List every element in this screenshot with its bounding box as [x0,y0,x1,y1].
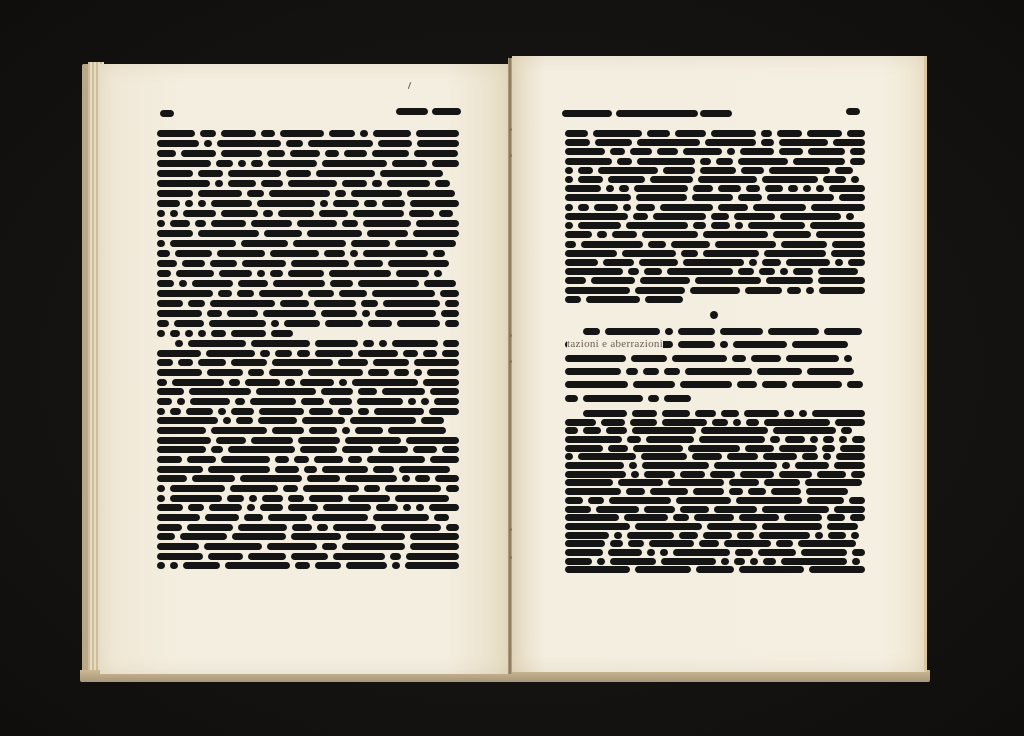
redaction-bar [170,220,190,227]
redaction-bar [738,158,788,165]
redacted-line [565,427,865,434]
redacted-line [157,369,459,376]
redaction-bar [646,436,694,443]
running-head-redaction [396,108,428,115]
redaction-bar [157,190,193,197]
redaction-bar [750,558,758,565]
redaction-bar [181,150,216,157]
redaction-bar [688,445,740,452]
redaction-bar [416,504,424,511]
redacted-line [565,540,865,547]
redaction-bar [635,566,691,573]
redaction-bar [435,180,450,187]
redaction-bar [628,268,639,275]
redaction-bar [808,148,845,155]
redaction-bar [565,277,586,284]
redaction-bar [647,549,655,556]
redaction-bar [780,213,841,220]
redaction-bar [183,562,220,569]
redaction-bar [257,270,265,277]
redaction-bar [301,398,324,405]
redaction-bar [333,524,376,531]
redaction-bar [269,369,303,376]
redaction-bar [272,359,333,366]
redaction-bar [795,462,829,469]
redaction-bar [198,330,206,337]
redaction-bar [423,350,437,357]
redaction-bar [565,445,603,452]
redaction-bar [414,369,422,376]
redacted-line [157,514,459,521]
redaction-bar [361,300,378,307]
redaction-bar [445,320,459,327]
redaction-bar [700,158,711,165]
redaction-bar [623,204,631,211]
redaction-bar [653,213,706,220]
redaction-bar [627,532,674,539]
redaction-bar [231,408,254,415]
redaction-bar [381,524,441,531]
redacted-line [565,139,865,146]
redaction-bar [565,427,578,434]
redaction-bar [629,462,637,469]
redaction-bar [395,495,449,502]
running-head-redaction [432,108,461,115]
redaction-bar [776,540,793,547]
redaction-bar [745,445,774,452]
redaction-bar [693,488,724,495]
redaction-bar [779,139,828,146]
redaction-bar [228,446,295,453]
redaction-bar [746,185,760,192]
redaction-bar [578,167,593,174]
redacted-line [565,566,865,573]
redaction-bar [751,355,781,362]
redaction-bar [663,167,695,174]
redaction-bar [187,524,233,531]
redaction-bar [170,210,178,217]
redaction-bar [342,446,373,453]
redaction-bar [565,488,621,495]
redaction-bar [211,220,246,227]
redaction-bar [260,504,283,511]
redaction-bar [852,436,865,443]
redaction-bar [198,200,206,207]
redaction-bar [850,158,865,165]
redaction-bar [321,388,353,395]
redaction-bar [268,160,317,167]
redaction-bar [314,456,343,463]
redacted-line [565,462,865,469]
redaction-bar [350,250,358,257]
redaction-bar [802,453,818,460]
redaction-bar [633,445,683,452]
redacted-line [565,514,865,521]
redaction-bar [238,280,268,287]
redaction-bar [711,222,730,229]
redaction-bar [762,523,822,530]
redacted-line [565,479,865,486]
redaction-bar [662,419,707,426]
redacted-line [565,445,865,452]
redaction-bar [799,410,807,417]
redaction-bar [565,471,626,478]
redaction-bar [628,540,644,547]
redaction-bar [321,310,357,317]
redaction-bar [157,437,211,444]
redaction-bar [586,296,640,303]
redaction-bar [757,368,802,375]
redaction-bar [711,130,756,137]
redaction-bar [309,495,343,502]
redaction-bar [373,514,429,521]
redaction-bar [410,543,459,550]
redaction-bar [810,436,818,443]
redaction-bar [807,368,854,375]
redaction-bar [733,341,787,348]
redaction-bar [770,436,780,443]
redaction-bar [565,436,622,443]
redaction-bar [231,330,266,337]
redaction-bar [271,320,279,327]
page-number-redaction [160,110,174,117]
redaction-bar [839,194,865,201]
redaction-bar [387,180,430,187]
redaction-bar [699,540,719,547]
redaction-bar [801,549,847,556]
redacted-line [565,287,865,294]
redaction-bar [735,549,753,556]
redaction-bar [779,471,812,478]
redaction-bar [811,204,865,211]
redacted-line [565,549,865,556]
redaction-bar [631,355,667,362]
redacted-paragraph [157,340,459,572]
redaction-bar [185,330,193,337]
stitch-hole [509,154,512,157]
redaction-bar [565,566,630,573]
redaction-bar [819,287,865,294]
redacted-line [157,359,459,366]
redaction-bar [698,176,757,183]
redaction-bar [565,167,573,174]
redaction-bar [695,410,716,417]
redaction-bar [429,504,459,511]
redaction-bar [634,185,688,192]
redaction-bar [316,170,375,177]
redacted-line [157,466,459,473]
redaction-bar [256,388,316,395]
redacted-line [157,160,459,167]
redaction-bar [413,446,437,453]
redaction-bar [251,437,293,444]
stitch-hole [509,128,512,131]
redaction-bar [267,150,285,157]
redaction-bar [286,140,303,147]
redaction-bar [673,514,689,521]
redaction-bar [805,479,862,486]
redaction-bar [565,368,621,375]
redaction-bar [157,310,202,317]
redaction-bar [665,328,673,335]
redaction-bar [218,290,232,297]
redaction-bar [768,328,819,335]
redaction-bar [716,158,733,165]
redaction-bar [661,558,716,565]
redaction-bar [329,398,352,405]
redaction-bar [363,250,428,257]
redaction-bar [724,540,771,547]
redaction-bar [657,148,678,155]
redaction-bar [831,250,865,257]
redaction-bar [727,148,735,155]
redaction-bar [832,241,865,248]
redaction-bar [413,230,459,237]
redaction-bar [609,497,671,504]
redaction-bar [312,514,368,521]
redaction-bar [583,328,600,335]
redaction-bar [721,410,739,417]
redaction-bar [207,369,243,376]
redaction-bar [178,359,193,366]
redaction-bar [696,566,734,573]
redaction-bar [729,488,743,495]
redaction-bar [442,446,459,453]
redaction-bar [257,200,315,207]
redacted-paragraph [565,410,865,575]
redaction-bar [345,437,401,444]
redacted-line [565,158,865,165]
redacted-line [565,241,865,248]
redaction-bar [200,130,216,137]
stitch-hole [509,360,512,363]
redaction-bar [157,260,177,267]
redacted-line [157,290,459,297]
redaction-bar [385,485,441,492]
redaction-bar [170,330,180,337]
redaction-bar [835,419,865,426]
redaction-bar [352,379,418,386]
redaction-bar [244,514,263,521]
redaction-bar [630,148,652,155]
redaction-bar [798,540,856,547]
redaction-bar [358,280,419,287]
redaction-bar [216,160,233,167]
redaction-bar [209,504,242,511]
redacted-line [157,456,459,463]
redacted-paragraph [157,130,459,340]
redaction-bar [642,231,698,238]
redaction-bar [298,437,340,444]
redaction-bar [683,259,744,266]
redaction-bar [427,369,459,376]
redaction-bar [746,419,759,426]
redaction-bar [678,328,715,335]
redaction-bar [157,495,165,502]
redaction-bar [635,287,685,294]
redaction-bar [373,359,409,366]
redaction-bar [236,417,253,424]
redaction-bar [622,250,676,257]
redaction-bar [565,506,591,513]
redaction-bar [440,290,459,297]
redacted-line [565,204,865,211]
redaction-bar [626,368,638,375]
redaction-bar [786,259,830,266]
redaction-bar [642,462,709,469]
redacted-line [157,280,459,287]
redaction-bar [851,176,859,183]
redaction-bar [157,200,180,207]
redaction-bar [288,504,318,511]
redaction-bar [208,553,243,560]
redacted-line [157,533,459,540]
redacted-line [157,417,459,424]
redaction-bar [703,250,759,257]
redaction-bar [180,533,227,540]
redaction-bar [362,310,370,317]
redaction-bar [678,341,715,348]
redaction-bar [683,148,722,155]
redacted-line [565,381,865,388]
redacted-line [565,453,865,460]
redaction-bar [633,213,648,220]
redaction-bar [157,270,171,277]
redaction-bar [388,427,446,434]
redaction-bar [205,514,239,521]
redaction-bar [647,130,670,137]
redaction-bar [792,381,842,388]
redaction-bar [834,462,865,469]
redaction-bar [382,388,425,395]
redaction-bar [848,259,865,266]
redaction-bar [260,350,270,357]
redacted-line [565,410,865,417]
redaction-bar [300,446,337,453]
redaction-bar [267,543,317,550]
redaction-bar [157,280,174,287]
redaction-bar [764,479,800,486]
redaction-bar [446,485,459,492]
redaction-bar [322,543,337,550]
redaction-bar [392,562,400,569]
redaction-bar [565,296,581,303]
redaction-bar [345,475,397,482]
redaction-bar [439,210,453,217]
redaction-bar [198,359,226,366]
redaction-bar [762,259,781,266]
redaction-bar [850,148,865,155]
redaction-bar [565,176,573,183]
redaction-bar [378,446,408,453]
redaction-bar [643,368,659,375]
redaction-bar [828,532,846,539]
redaction-bar [588,497,604,504]
redaction-bar [157,130,195,137]
redaction-bar [175,250,212,257]
redaction-bar [219,270,252,277]
redaction-bar [595,139,632,146]
redaction-bar [818,277,865,284]
redaction-bar [608,176,645,183]
redaction-bar [692,194,733,201]
redaction-bar [636,194,687,201]
redaction-bar [829,185,865,192]
redaction-bar [660,204,713,211]
redaction-bar [288,495,304,502]
redaction-bar [644,268,662,275]
redaction-bar [792,341,848,348]
redaction-bar [182,260,205,267]
redaction-bar [779,445,817,452]
redaction-bar [238,524,287,531]
redaction-bar [745,287,782,294]
redacted-line [157,495,459,502]
redaction-bar [329,270,391,277]
redaction-bar [618,479,663,486]
redaction-bar [374,408,424,415]
redacted-line [157,379,459,386]
redaction-bar [232,533,286,540]
redacted-line [157,190,459,197]
redaction-bar [251,160,263,167]
redacted-line [157,140,459,147]
redaction-bar [763,558,776,565]
redaction-bar [718,185,741,192]
redaction-bar [597,231,607,238]
redacted-line [157,388,459,395]
redaction-bar [640,277,690,284]
redacted-line [157,180,459,187]
redaction-bar [626,488,645,495]
redaction-bar [735,222,743,229]
redaction-bar [402,475,410,482]
redaction-bar [610,558,656,565]
redaction-bar [676,497,731,504]
redacted-line [157,475,459,482]
redacted-line [565,222,865,229]
redaction-bar [738,194,762,201]
redacted-line [565,328,865,335]
redaction-bar [325,150,339,157]
redaction-bar [323,504,371,511]
redaction-bar [157,210,165,217]
redaction-bar [414,359,459,366]
redaction-bar [416,130,459,137]
redacted-line [565,148,865,155]
redaction-bar [668,479,724,486]
redaction-bar [354,260,383,267]
redaction-bar [429,408,459,415]
redaction-bar [758,549,796,556]
redaction-bar [736,497,802,504]
redacted-line [157,562,459,569]
redacted-line [157,250,459,257]
redaction-bar [198,170,223,177]
redacted-line [565,419,865,426]
redaction-bar [695,277,761,284]
redacted-line [157,427,459,434]
redacted-line [157,170,459,177]
redaction-bar [157,250,170,257]
redaction-bar [565,558,592,565]
redacted-line [565,368,865,375]
redaction-bar [358,350,398,357]
redaction-bar [376,504,398,511]
redaction-bar [221,150,262,157]
redaction-bar [235,398,245,405]
redaction-bar [690,287,740,294]
